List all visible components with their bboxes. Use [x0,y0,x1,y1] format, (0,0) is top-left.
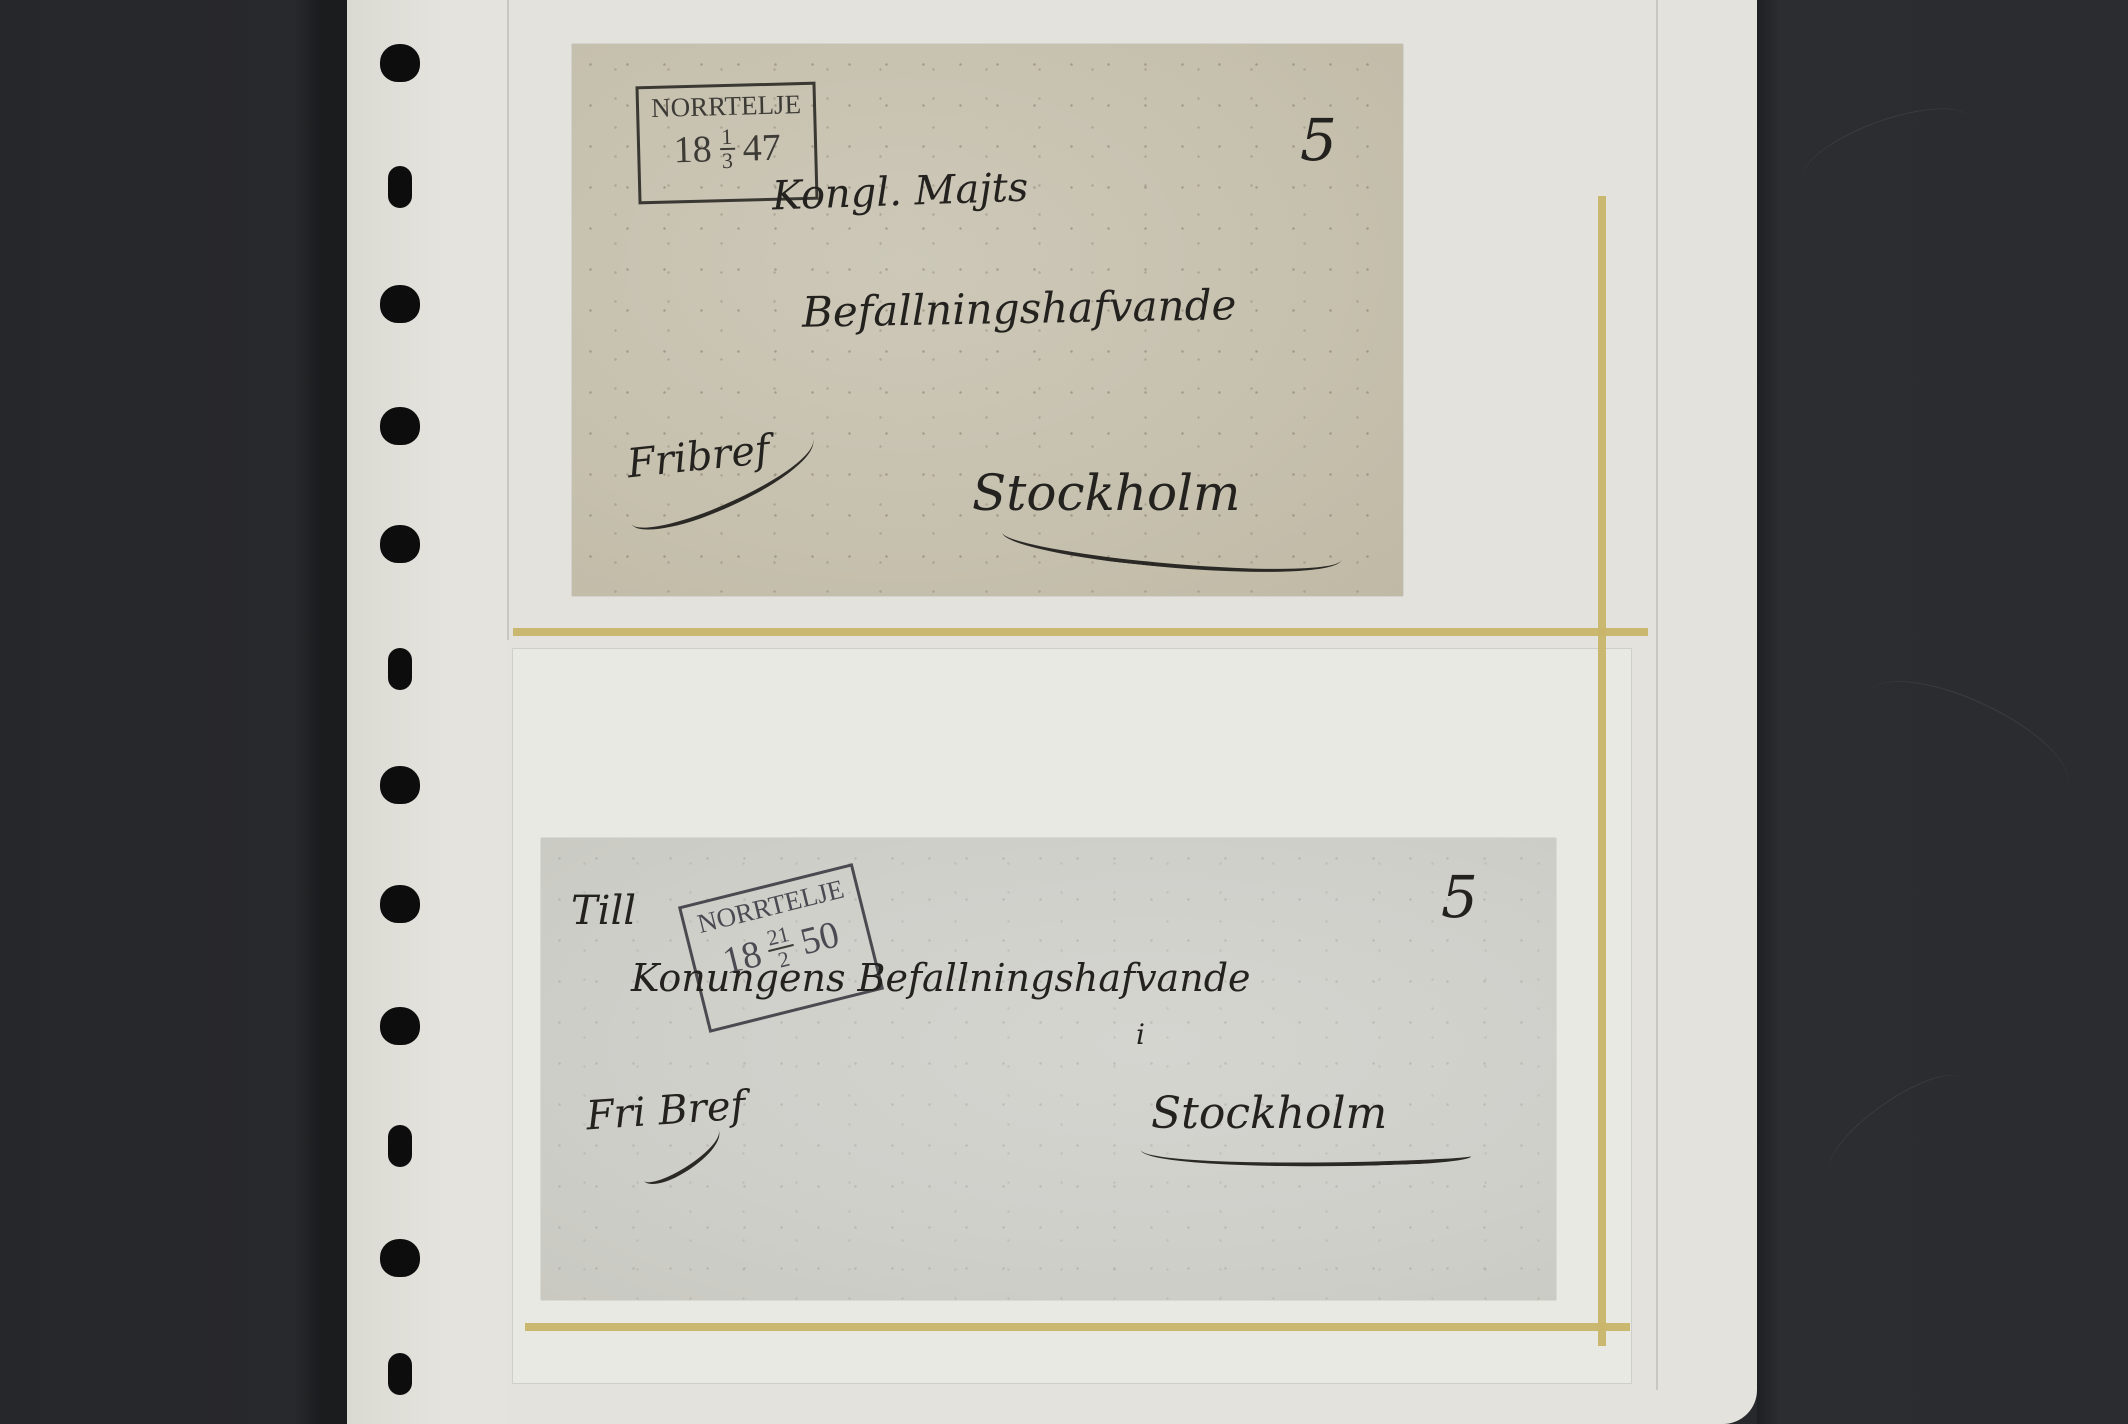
address-line-1: Konungens Befallningshafvande [631,956,1251,1000]
background-scratch [1850,657,2084,823]
rate-marking: 5 [1441,863,1478,931]
mount-strip-upper [513,628,1648,636]
postmark-year-suffix: 50 [797,915,843,961]
sleeve-right-edge [1656,0,1658,1390]
binding-hole-round [380,766,420,804]
binding-hole-slot [388,1353,412,1395]
postmark-day: 1 [719,126,735,150]
mount-strip-vertical [1598,196,1606,1346]
postmark-year-prefix: 18 [673,130,712,169]
address-line-1: Kongl. Majts [771,165,1029,220]
mount-strip-lower [525,1323,1630,1331]
binding-hole-slot [388,166,412,208]
binding-hole-round [380,1007,420,1045]
address-city: Stockholm [1151,1088,1387,1139]
binding-hole-round [380,407,420,445]
dark-background-left [0,0,347,1424]
address-prefix: Till [571,888,636,934]
binding-hole-round [380,285,420,323]
binding-hole-round [380,885,420,923]
binding-hole-round [380,525,420,563]
cover-1847[interactable]: NORRTELJE 18 1 3 47 5 Kongl. Majts Befal… [572,44,1403,596]
upper-sleeve-left-edge [507,0,509,640]
postmark-year-suffix: 47 [742,129,781,168]
rate-marking: 5 [1300,106,1337,174]
binding-hole-round [380,44,420,82]
postmark-town: NORRTELJE [647,91,806,122]
background-scratch [1817,1059,1977,1193]
cover-1850[interactable]: NORRTELJE 18 21 2 50 5 Till Konungens Be… [541,838,1556,1300]
binding-hole-slot [388,1125,412,1167]
postmark-month: 3 [722,150,734,172]
binding-hole-slot [388,648,412,690]
postmark-day-month: 1 3 [719,126,735,172]
postmark-date: 18 1 3 47 [648,124,807,174]
dark-background-right [1757,0,2128,1424]
background-scratch [1792,91,1982,210]
binding-hole-round [380,1239,420,1277]
address-line-2: Befallningshafvande [802,280,1237,337]
binding-margin [347,0,507,1424]
address-line-2: i [1136,1018,1145,1051]
